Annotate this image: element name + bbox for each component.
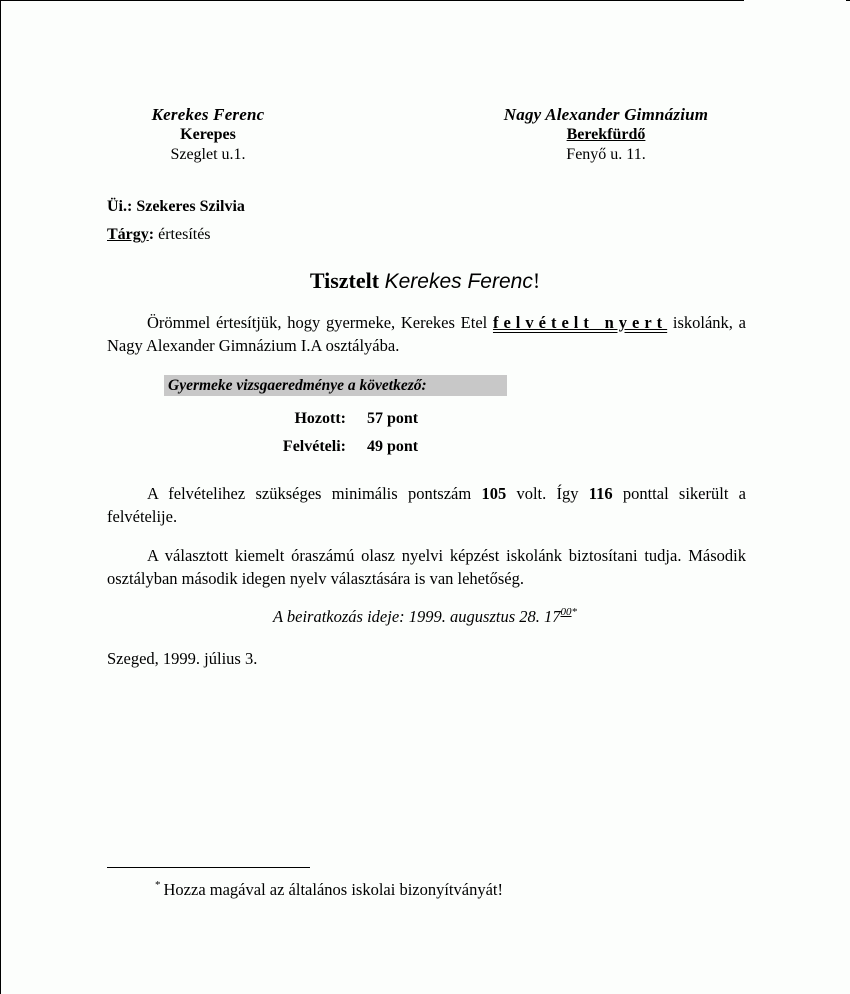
reference-line: Üi.: Szekeres Szilvia — [107, 198, 245, 216]
score-label: Hozott: — [294, 410, 346, 428]
subject-separator: : — [149, 226, 154, 243]
total-score: 116 — [589, 484, 613, 503]
greeting-name: Kerekes Ferenc — [385, 270, 533, 293]
score-label: Felvételi: — [283, 438, 346, 456]
subject-label: Tárgy — [107, 226, 149, 243]
sender-address: Szeglet u.1. — [108, 145, 308, 165]
footnote-reference: * — [572, 606, 578, 618]
enrollment-date: A beiratkozás ideje: 1999. augusztus 28.… — [0, 606, 850, 627]
paragraph-language-text: A választott kiemelt óraszámú olasz nyel… — [107, 546, 746, 588]
sender-block: Kerekes Ferenc Kerepes Szeglet u.1. — [108, 105, 308, 165]
footnote-text: Hozza magával az általános iskolai bizon… — [164, 880, 504, 899]
reference-label: Üi.: — [107, 198, 132, 215]
page-border-top-right — [846, 0, 850, 1]
score-value: 57 pont — [367, 410, 418, 428]
sender-city: Kerepes — [108, 125, 308, 145]
admission-emphasis: felvételt nyert — [493, 313, 667, 332]
paragraph-scores-text: A felvételihez szükséges minimális ponts… — [147, 484, 481, 503]
greeting: Tisztelt Kerekes Ferenc! — [0, 268, 850, 294]
recipient-block: Nagy Alexander Gimnázium Berekfürdő Feny… — [470, 105, 742, 165]
reference-value: Szekeres Szilvia — [136, 198, 245, 215]
footnote: *Hozza magával az általános iskolai bizo… — [155, 879, 503, 900]
recipient-name: Nagy Alexander Gimnázium — [470, 105, 742, 125]
paragraph-language: A választott kiemelt óraszámú olasz nyel… — [107, 544, 746, 590]
paragraph-scores-text: volt. Így — [506, 484, 589, 503]
greeting-suffix: ! — [533, 268, 540, 293]
sender-name: Kerekes Ferenc — [108, 105, 308, 125]
subject-line: Tárgy: értesítés — [107, 226, 211, 244]
paragraph-scores: A felvételihez szükséges minimális ponts… — [107, 482, 746, 528]
greeting-prefix: Tisztelt — [310, 268, 379, 293]
enrollment-minutes: 00 — [561, 606, 572, 618]
page-border-left — [0, 0, 1, 994]
results-heading: Gyermeke vizsgaeredménye a következő: — [164, 375, 507, 396]
place-date: Szeged, 1999. július 3. — [107, 649, 257, 669]
score-value: 49 pont — [367, 438, 418, 456]
recipient-address: Fenyő u. 11. — [470, 145, 742, 165]
paragraph-admission-text: Örömmel értesítjük, hogy gyermeke, Kerek… — [147, 313, 493, 332]
page-border-top — [0, 0, 744, 1]
footnote-separator — [107, 867, 310, 868]
min-score: 105 — [481, 484, 506, 503]
footnote-mark: * — [155, 879, 161, 891]
recipient-city: Berekfürdő — [567, 126, 646, 143]
paragraph-admission: Örömmel értesítjük, hogy gyermeke, Kerek… — [107, 311, 746, 357]
enrollment-text: A beiratkozás ideje: 1999. augusztus 28.… — [273, 607, 561, 626]
subject-value: értesítés — [158, 226, 210, 243]
